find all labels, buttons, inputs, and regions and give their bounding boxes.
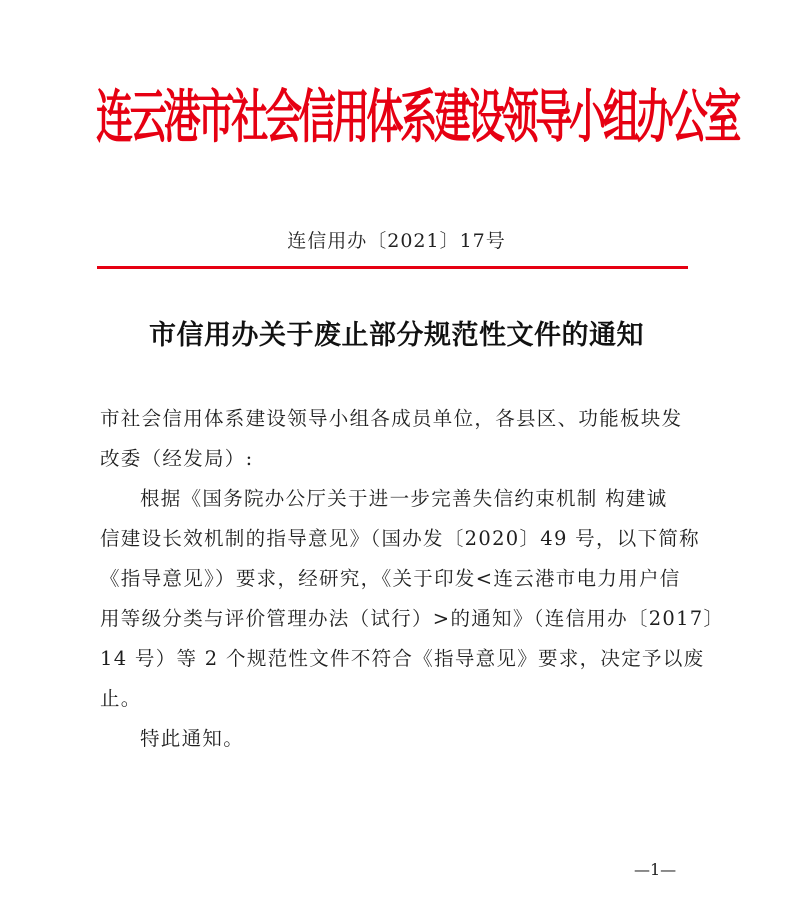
body-line: 根据《国务院办公厅关于进一步完善失信约束机制 构建诚 (100, 482, 695, 522)
closing-line: 特此通知。 (100, 722, 695, 762)
page-number: —1— (634, 860, 676, 880)
document-page: 连云港市社会信用体系建设领导小组办公室 连信用办〔2021〕17号 市信用办关于… (0, 0, 793, 912)
red-divider-rule (97, 266, 688, 269)
body-line: 止。 (100, 682, 695, 722)
document-number: 连信用办〔2021〕17号 (0, 228, 793, 254)
addressee-line: 改委（经发局）: (100, 442, 695, 482)
body-line: 用等级分类与评价管理办法（试行）>的通知》（连信用办〔2017〕 (100, 602, 695, 642)
body-line: 信建设长效机制的指导意见》（国办发〔2020〕49 号，以下简称 (100, 522, 695, 562)
body-line: 14 号）等 2 个规范性文件不符合《指导意见》要求，决定予以废 (100, 642, 695, 682)
body-line: 《指导意见》）要求，经研究，《关于印发<连云港市电力用户信 (100, 562, 695, 602)
notice-title: 市信用办关于废止部分规范性文件的通知 (0, 316, 793, 356)
notice-body: 市社会信用体系建设领导小组各成员单位，各县区、功能板块发 改委（经发局）: 根据… (100, 402, 695, 762)
issuing-office-masthead: 连云港市社会信用体系建设领导小组办公室 (96, 56, 696, 180)
addressee-line: 市社会信用体系建设领导小组各成员单位，各县区、功能板块发 (100, 402, 695, 442)
